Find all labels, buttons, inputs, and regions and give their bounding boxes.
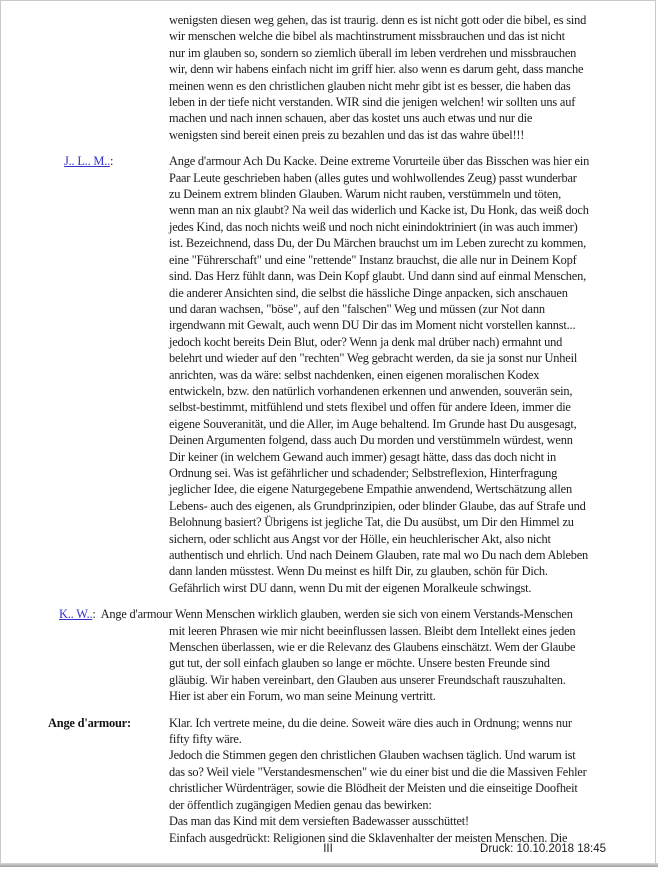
entry-line: wir, denn wir habens einfach nicht im gr… bbox=[169, 61, 611, 77]
commenter-name: Ange d'armour bbox=[48, 716, 127, 730]
entry-line: gut tut, der soll einfach glauben so lan… bbox=[169, 655, 611, 671]
commenter-name-link[interactable]: K.. W.. bbox=[59, 607, 92, 621]
entry-line: jedoch kocht bereits Dein Blut, oder? We… bbox=[169, 334, 611, 350]
name-colon: : bbox=[110, 154, 113, 168]
discussion-entry: wenigsten diesen weg gehen, das ist trau… bbox=[45, 12, 611, 143]
entry-line: Das man das Kind mit dem versieften Bade… bbox=[169, 813, 611, 829]
entry-line: Klar. Ich vertrete meine, du die deine. … bbox=[169, 715, 611, 731]
entry-line: christlicher Würdenträger, sowie die Blö… bbox=[169, 780, 611, 796]
entry-line: Ange d'armour Wenn Menschen wirklich gla… bbox=[96, 607, 573, 621]
commenter-name-link[interactable]: J.. L.. M.. bbox=[64, 154, 110, 168]
entry-line: Menschen überlassen, wie er die Relevanz… bbox=[169, 639, 611, 655]
entry-line: dann landen müsstest. Wenn Du meinst es … bbox=[169, 563, 611, 579]
commenter-name-cell: Ange d'armour: bbox=[45, 715, 169, 846]
entry-line: Ange d'armour Ach Du Kacke. Deine extrem… bbox=[169, 153, 611, 169]
entry-line: gläubig. Wir haben vereinbart, den Glaub… bbox=[169, 672, 611, 688]
document-page: wenigsten diesen weg gehen, das ist trau… bbox=[0, 0, 656, 863]
discussion-entry: K.. W..:Ange d'armour Wenn Menschen wirk… bbox=[45, 606, 611, 704]
entry-line: machen und nach innen schauen, aber das … bbox=[169, 110, 611, 126]
entry-line: Gefährlich wirst DU dann, wenn Du mit de… bbox=[169, 580, 611, 596]
entry-line: wenn man an nix glaubt? Na weil das wide… bbox=[169, 202, 611, 218]
entry-line: authentisch und ehrlich. Und nach Deinem… bbox=[169, 547, 611, 563]
entry-line: selbst-bestimmt, mitfühlend und stets fl… bbox=[169, 399, 611, 415]
entry-line: Belohnung basiert? Übrigens ist jegliche… bbox=[169, 514, 611, 530]
entry-line: ist. Bezeichnend, dass Du, der Du Märche… bbox=[169, 235, 611, 251]
entry-text: K.. W..:Ange d'armour Wenn Menschen wirk… bbox=[169, 606, 611, 704]
entry-line: und daran wachsen, "böse", auf den "fals… bbox=[169, 301, 611, 317]
entry-line: mit leeren Phrasen wie mir nicht beeinfl… bbox=[169, 623, 611, 639]
entry-line: Ordnung sei. Was ist gefährlicher und sc… bbox=[169, 465, 611, 481]
entry-line: wir menschen welche die bibel als machti… bbox=[169, 28, 611, 44]
page-footer: III Druck: 10.10.2018 18:45 bbox=[1, 841, 655, 857]
entry-line: entwickeln, bzw. den natürlich vorhanden… bbox=[169, 383, 611, 399]
entry-line: Deinen Argumenten folgend, dass auch Du … bbox=[169, 432, 611, 448]
commenter-name-cell: J.. L.. M..: bbox=[45, 153, 169, 596]
entry-line: das so? Weil viele "Verstandesmenschen" … bbox=[169, 764, 611, 780]
entry-line: wenigsten diesen weg gehen, das ist trau… bbox=[169, 12, 611, 28]
entry-line: Lebens- auch des eigenen, als Grundprinz… bbox=[169, 498, 611, 514]
page-bottom-edge bbox=[0, 863, 658, 867]
entry-line: Jedoch die Stimmen gegen den christliche… bbox=[169, 747, 611, 763]
entry-text: Klar. Ich vertrete meine, du die deine. … bbox=[169, 715, 611, 846]
entry-line: leben in der tiefe nicht verstanden. WIR… bbox=[169, 94, 611, 110]
entry-text-rest: mit leeren Phrasen wie mir nicht beeinfl… bbox=[169, 623, 611, 705]
print-timestamp: Druck: 10.10.2018 18:45 bbox=[480, 841, 606, 857]
entry-line: zu Deinem extrem blinden Glauben. Warum … bbox=[169, 186, 611, 202]
entry-line: fifty fifty wäre. bbox=[169, 731, 611, 747]
discussion-entry: J.. L.. M..: Ange d'armour Ach Du Kacke.… bbox=[45, 153, 611, 596]
entry-text: Ange d'armour Ach Du Kacke. Deine extrem… bbox=[169, 153, 611, 596]
entry-line: eine "Führerschaft" und eine "rettende" … bbox=[169, 252, 611, 268]
entry-line: Paar Leute geschrieben haben (alles gute… bbox=[169, 170, 611, 186]
entry-first-line: K.. W..:Ange d'armour Wenn Menschen wirk… bbox=[59, 606, 611, 622]
entry-line: anrichten, was da wäre: selbst nachdenke… bbox=[169, 367, 611, 383]
discussion-entry: Ange d'armour: Klar. Ich vertrete meine,… bbox=[45, 715, 611, 846]
commenter-name-empty bbox=[45, 12, 169, 143]
name-colon: : bbox=[127, 716, 131, 730]
entry-line: eigene Souveranität, und die Aller, im A… bbox=[169, 416, 611, 432]
entry-line: der öffentlich zugängigen Medien genau d… bbox=[169, 797, 611, 813]
entry-line: irgendwann mit Gewalt, auch wenn DU Dir … bbox=[169, 317, 611, 333]
entry-line: Dir keiner (in welchem Gewand auch immer… bbox=[169, 449, 611, 465]
entry-line: wenigsten sind bereit einen preis zu bez… bbox=[169, 127, 611, 143]
entry-text: wenigsten diesen weg gehen, das ist trau… bbox=[169, 12, 611, 143]
entry-line: sind. Das Herz fühlt dann, was Dein Kopf… bbox=[169, 268, 611, 284]
entry-line: jedes Kind, das noch nichts weiß und noc… bbox=[169, 219, 611, 235]
entry-line: Hier ist aber ein Forum, wo man seine Me… bbox=[169, 688, 611, 704]
entry-line: nur im glauben so, sondern so ziemlich ü… bbox=[169, 45, 611, 61]
entry-line: belehrt und wieder auf den "rechten" Weg… bbox=[169, 350, 611, 366]
entry-line: die anderer Ansichten sind, die selbst d… bbox=[169, 285, 611, 301]
entry-line: meinen wenn es den christlichen glauben … bbox=[169, 78, 611, 94]
discussion-thread: wenigsten diesen weg gehen, das ist trau… bbox=[1, 1, 655, 846]
entry-line: jeglicher Idee, die eigene Naturgegebene… bbox=[169, 481, 611, 497]
entry-line: sichern, oder schlicht aus Angst vor der… bbox=[169, 531, 611, 547]
